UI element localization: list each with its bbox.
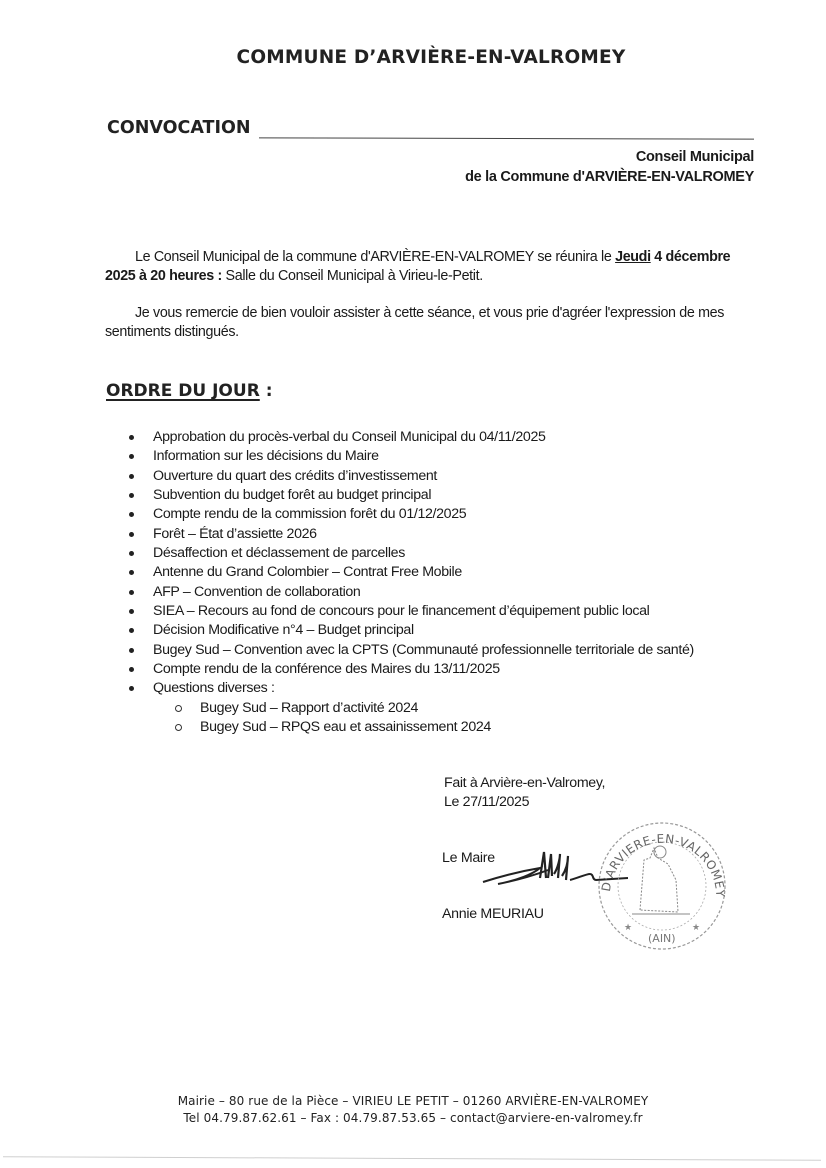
circle-bullet-icon (175, 724, 182, 731)
agenda-item: Ouverture du quart des crédits d’investi… (129, 467, 694, 486)
agenda-item: AFP – Convention de collaboration (129, 583, 694, 602)
agenda-item: Désaffection et déclassement de parcelle… (129, 544, 694, 563)
agenda-item: Approbation du procès-verbal du Conseil … (129, 428, 694, 447)
agenda-item: Compte rendu de la commission forêt du 0… (129, 505, 694, 524)
bullet-icon (129, 648, 134, 653)
seal-bottom-text: (AIN) (648, 932, 676, 945)
bullet-icon (129, 628, 134, 633)
agenda-item-text: Compte rendu de la conférence des Maires… (153, 661, 500, 677)
convocation-rule (259, 137, 754, 139)
footer-address: Mairie – 80 rue de la Pièce – VIRIEU LE … (0, 1093, 826, 1110)
thanks-paragraph: Je vous remercie de bien vouloir assiste… (105, 304, 745, 342)
svg-text:★: ★ (624, 922, 632, 932)
agenda-heading: ORDRE DU JOUR : (106, 381, 273, 401)
bullet-icon (129, 667, 134, 672)
agenda-sub-item-text: Bugey Sud – RPQS eau et assainissement 2… (200, 719, 491, 735)
agenda-item: Subvention du budget forêt au budget pri… (129, 486, 694, 505)
meeting-text-before: Le Conseil Municipal de la commune d'ARV… (135, 249, 615, 265)
agenda-item: Questions diverses : (129, 679, 694, 698)
agenda-item: Compte rendu de la conférence des Maires… (129, 660, 694, 679)
bullet-icon (129, 474, 134, 479)
agenda-item: SIEA – Recours au fond de concours pour … (129, 602, 694, 621)
agenda-item-text: Questions diverses : (153, 680, 275, 696)
bullet-icon (129, 454, 134, 459)
bullet-icon (129, 686, 134, 691)
closing-place: Fait à Arvière-en-Valromey, (444, 774, 605, 793)
scan-edge-line (3, 1156, 821, 1161)
meeting-paragraph: Le Conseil Municipal de la commune d'ARV… (105, 248, 745, 286)
recipient-line-2: de la Commune d'ARVIÈRE-EN-VALROMEY (465, 167, 754, 187)
bullet-icon (129, 493, 134, 498)
agenda-item: Information sur les décisions du Maire (129, 447, 694, 466)
agenda-item-text: Antenne du Grand Colombier – Contrat Fre… (153, 564, 462, 580)
agenda-item-text: Compte rendu de la commission forêt du 0… (153, 506, 466, 522)
closing-block: Fait à Arvière-en-Valromey, Le 27/11/202… (444, 774, 605, 812)
agenda-item-text: Approbation du procès-verbal du Conseil … (153, 429, 546, 445)
bullet-icon (129, 609, 134, 614)
bullet-icon (129, 570, 134, 575)
agenda-item: Antenne du Grand Colombier – Contrat Fre… (129, 563, 694, 582)
agenda-heading-text: ORDRE DU JOUR (106, 381, 260, 401)
agenda-item-text: Désaffection et déclassement de parcelle… (153, 545, 405, 561)
agenda-item: Forêt – État d’assiette 2026 (129, 525, 694, 544)
footer: Mairie – 80 rue de la Pièce – VIRIEU LE … (0, 1093, 826, 1126)
svg-text:★: ★ (692, 922, 700, 932)
agenda-item: Décision Modificative n°4 – Budget princ… (129, 621, 694, 640)
commune-title: COMMUNE D’ARVIÈRE-EN-VALROMEY (0, 47, 826, 68)
circle-bullet-icon (175, 705, 182, 712)
convocation-label: CONVOCATION (107, 118, 250, 138)
signatory-name: Annie MEURIAU (442, 906, 544, 922)
town-seal-icon: D'ARVIERE-EN-VALROMEY ★ ★ (AIN) (592, 820, 730, 950)
meeting-location: Salle du Conseil Municipal à Virieu-le-P… (222, 268, 483, 284)
agenda-item-text: AFP – Convention de collaboration (153, 584, 360, 600)
recipient-line-1: Conseil Municipal (465, 147, 754, 167)
meeting-day: Jeudi (615, 249, 651, 265)
agenda-item-text: Bugey Sud – Convention avec la CPTS (Com… (153, 642, 694, 658)
agenda-item-text: Décision Modificative n°4 – Budget princ… (153, 622, 414, 638)
closing-date: Le 27/11/2025 (444, 793, 605, 812)
recipient-block: Conseil Municipal de la Commune d'ARVIÈR… (465, 147, 754, 187)
agenda-item-text: SIEA – Recours au fond de concours pour … (153, 603, 649, 619)
bullet-icon (129, 512, 134, 517)
agenda-item-text: Subvention du budget forêt au budget pri… (153, 487, 431, 503)
agenda-sub-item: Bugey Sud – RPQS eau et assainissement 2… (129, 718, 694, 737)
bullet-icon (129, 532, 134, 537)
agenda-sub-item: Bugey Sud – Rapport d’activité 2024 (129, 699, 694, 718)
agenda-list: Approbation du procès-verbal du Conseil … (129, 428, 694, 738)
footer-contact: Tel 04.79.87.62.61 – Fax : 04.79.87.53.6… (0, 1110, 826, 1127)
agenda-item: Bugey Sud – Convention avec la CPTS (Com… (129, 641, 694, 660)
bullet-icon (129, 435, 134, 440)
agenda-item-text: Ouverture du quart des crédits d’investi… (153, 468, 437, 484)
agenda-item-text: Forêt – État d’assiette 2026 (153, 526, 317, 542)
bullet-icon (129, 590, 134, 595)
agenda-sub-item-text: Bugey Sud – Rapport d’activité 2024 (200, 700, 418, 716)
agenda-item-text: Information sur les décisions du Maire (153, 448, 379, 464)
thanks-text: Je vous remercie de bien vouloir assiste… (105, 305, 724, 340)
bullet-icon (129, 551, 134, 556)
agenda-heading-colon: : (260, 381, 273, 401)
